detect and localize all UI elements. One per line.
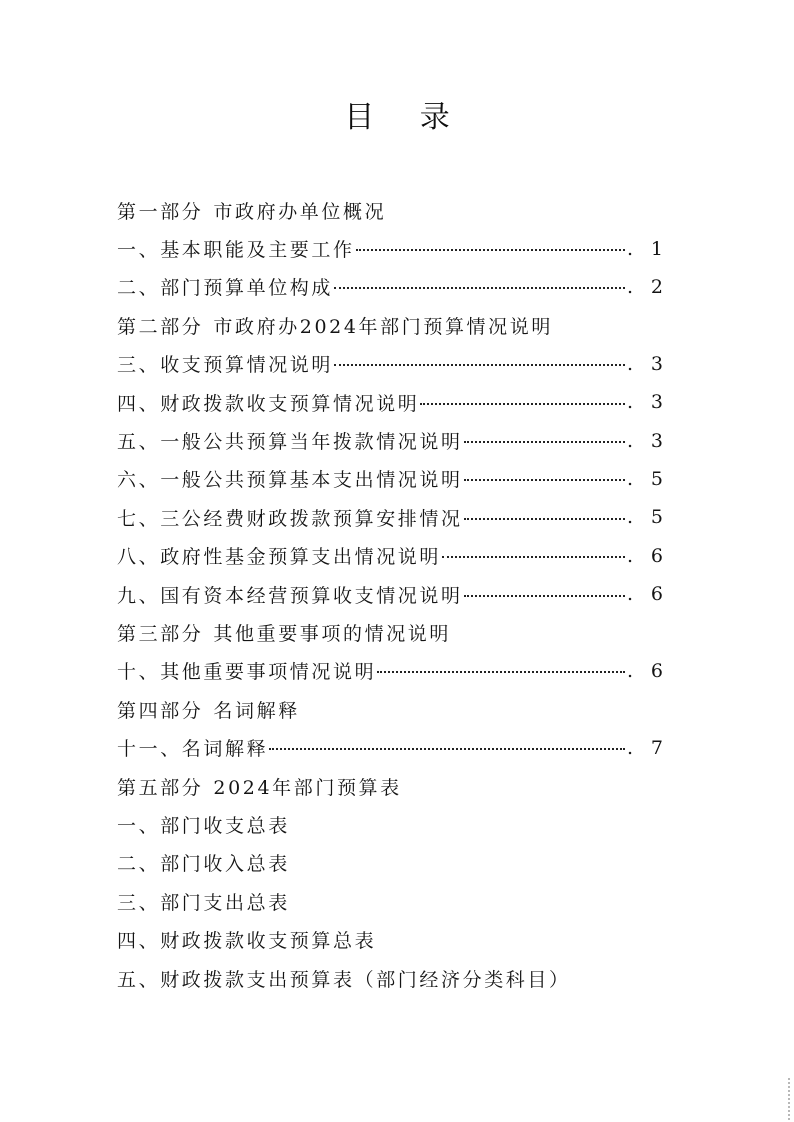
page-number: 6 (641, 660, 663, 682)
part-heading-text: 第四部分名词解释 (117, 696, 300, 723)
page-separator: . (627, 391, 633, 413)
page-number: 3 (641, 430, 663, 452)
scan-edge-artifact (788, 1078, 790, 1120)
page-number: 3 (641, 391, 663, 413)
toc-entry[interactable]: 四、财政拨款收支预算情况说明 . 3 (117, 383, 663, 421)
toc-entry[interactable]: 十一、名词解释 . 7 (117, 728, 663, 766)
toc-entry[interactable]: 六、一般公共预算基本支出情况说明 . 5 (117, 460, 663, 498)
part-number: 第一部分 (117, 201, 203, 223)
toc-part-heading[interactable]: 第一部分市政府办单位概况 (117, 191, 663, 229)
entry-label: 三、收支预算情况说明 (117, 350, 333, 377)
entry-label: 五、一般公共预算当年拨款情况说明 (117, 427, 463, 454)
toc-entry[interactable]: 八、政府性基金预算支出情况说明 . 6 (117, 537, 663, 575)
part-number: 第四部分 (117, 700, 203, 722)
toc-part-heading[interactable]: 第二部分市政府办2024年部门预算情况说明 (117, 306, 663, 344)
page-separator: . (627, 737, 633, 759)
toc-entry[interactable]: 三、收支预算情况说明 . 3 (117, 345, 663, 383)
page-number: 6 (641, 583, 663, 605)
dot-leader (334, 277, 625, 296)
page-separator: . (627, 583, 633, 605)
part-heading-text: 第五部分2024年部门预算表 (117, 773, 402, 800)
dot-leader (356, 239, 625, 258)
dot-leader (420, 393, 625, 412)
page-separator: . (627, 545, 633, 567)
page-separator: . (627, 353, 633, 375)
entry-label: 十一、名词解释 (117, 734, 268, 761)
page-separator: . (627, 660, 633, 682)
toc-entry[interactable]: 十、其他重要事项情况说明 . 6 (117, 652, 663, 690)
toc-entry[interactable]: 九、国有资本经营预算收支情况说明 . 6 (117, 575, 663, 613)
page-separator: . (627, 468, 633, 490)
part-title: 名词解释 (213, 700, 299, 722)
part-heading-text: 第三部分其他重要事项的情况说明 (117, 619, 451, 646)
entry-label: 六、一般公共预算基本支出情况说明 (117, 465, 463, 492)
toc-table-entry[interactable]: 二、部门收入总表 (117, 844, 663, 882)
entry-label: 二、部门预算单位构成 (117, 273, 333, 300)
page-number: 1 (641, 238, 663, 260)
entry-label: 五、财政拨款支出预算表（部门经济分类科目） (117, 965, 571, 992)
dot-leader (377, 661, 625, 680)
document-page: 目 录 第一部分市政府办单位概况 一、基本职能及主要工作 . 1 二、部门预算单… (0, 0, 794, 1122)
toc-entry[interactable]: 七、三公经费财政拨款预算安排情况 . 5 (117, 498, 663, 536)
entry-label: 三、部门支出总表 (117, 888, 290, 915)
page-separator: . (627, 430, 633, 452)
dot-leader (442, 546, 625, 565)
table-of-contents: 第一部分市政府办单位概况 一、基本职能及主要工作 . 1 二、部门预算单位构成 … (117, 191, 663, 997)
toc-table-entry[interactable]: 三、部门支出总表 (117, 882, 663, 920)
part-number: 第五部分 (117, 777, 203, 799)
page-number: 5 (641, 506, 663, 528)
page-separator: . (627, 276, 633, 298)
toc-table-entry[interactable]: 四、财政拨款收支预算总表 (117, 920, 663, 958)
part-title: 其他重要事项的情况说明 (213, 623, 451, 645)
page-number: 3 (641, 353, 663, 375)
page-number: 7 (641, 737, 663, 759)
dot-leader (464, 431, 625, 450)
dot-leader (269, 738, 625, 757)
part-title: 市政府办2024年部门预算情况说明 (213, 316, 553, 338)
toc-part-heading[interactable]: 第四部分名词解释 (117, 690, 663, 728)
page-separator: . (627, 238, 633, 260)
entry-label: 七、三公经费财政拨款预算安排情况 (117, 504, 463, 531)
toc-title: 目 录 (0, 96, 794, 140)
entry-label: 四、财政拨款收支预算总表 (117, 926, 376, 953)
entry-label: 九、国有资本经营预算收支情况说明 (117, 581, 463, 608)
dot-leader (464, 508, 625, 527)
entry-label: 四、财政拨款收支预算情况说明 (117, 389, 419, 416)
part-title: 2024年部门预算表 (213, 777, 401, 799)
toc-entry[interactable]: 一、基本职能及主要工作 . 1 (117, 229, 663, 267)
toc-part-heading[interactable]: 第三部分其他重要事项的情况说明 (117, 613, 663, 651)
toc-table-entry[interactable]: 五、财政拨款支出预算表（部门经济分类科目） (117, 959, 663, 997)
toc-entry[interactable]: 五、一般公共预算当年拨款情况说明 . 3 (117, 421, 663, 459)
toc-entry[interactable]: 二、部门预算单位构成 . 2 (117, 268, 663, 306)
part-number: 第二部分 (117, 316, 203, 338)
part-heading-text: 第一部分市政府办单位概况 (117, 197, 386, 224)
toc-table-entry[interactable]: 一、部门收支总表 (117, 805, 663, 843)
entry-label: 十、其他重要事项情况说明 (117, 657, 376, 684)
toc-part-heading[interactable]: 第五部分2024年部门预算表 (117, 767, 663, 805)
page-number: 6 (641, 545, 663, 567)
page-number: 2 (641, 276, 663, 298)
page-number: 5 (641, 468, 663, 490)
page-separator: . (627, 506, 633, 528)
dot-leader (464, 585, 625, 604)
entry-label: 一、基本职能及主要工作 (117, 235, 355, 262)
entry-label: 一、部门收支总表 (117, 811, 290, 838)
entry-label: 二、部门收入总表 (117, 849, 290, 876)
part-number: 第三部分 (117, 623, 203, 645)
part-title: 市政府办单位概况 (213, 201, 386, 223)
dot-leader (464, 469, 625, 488)
entry-label: 八、政府性基金预算支出情况说明 (117, 542, 441, 569)
dot-leader (334, 354, 625, 373)
part-heading-text: 第二部分市政府办2024年部门预算情况说明 (117, 312, 553, 339)
